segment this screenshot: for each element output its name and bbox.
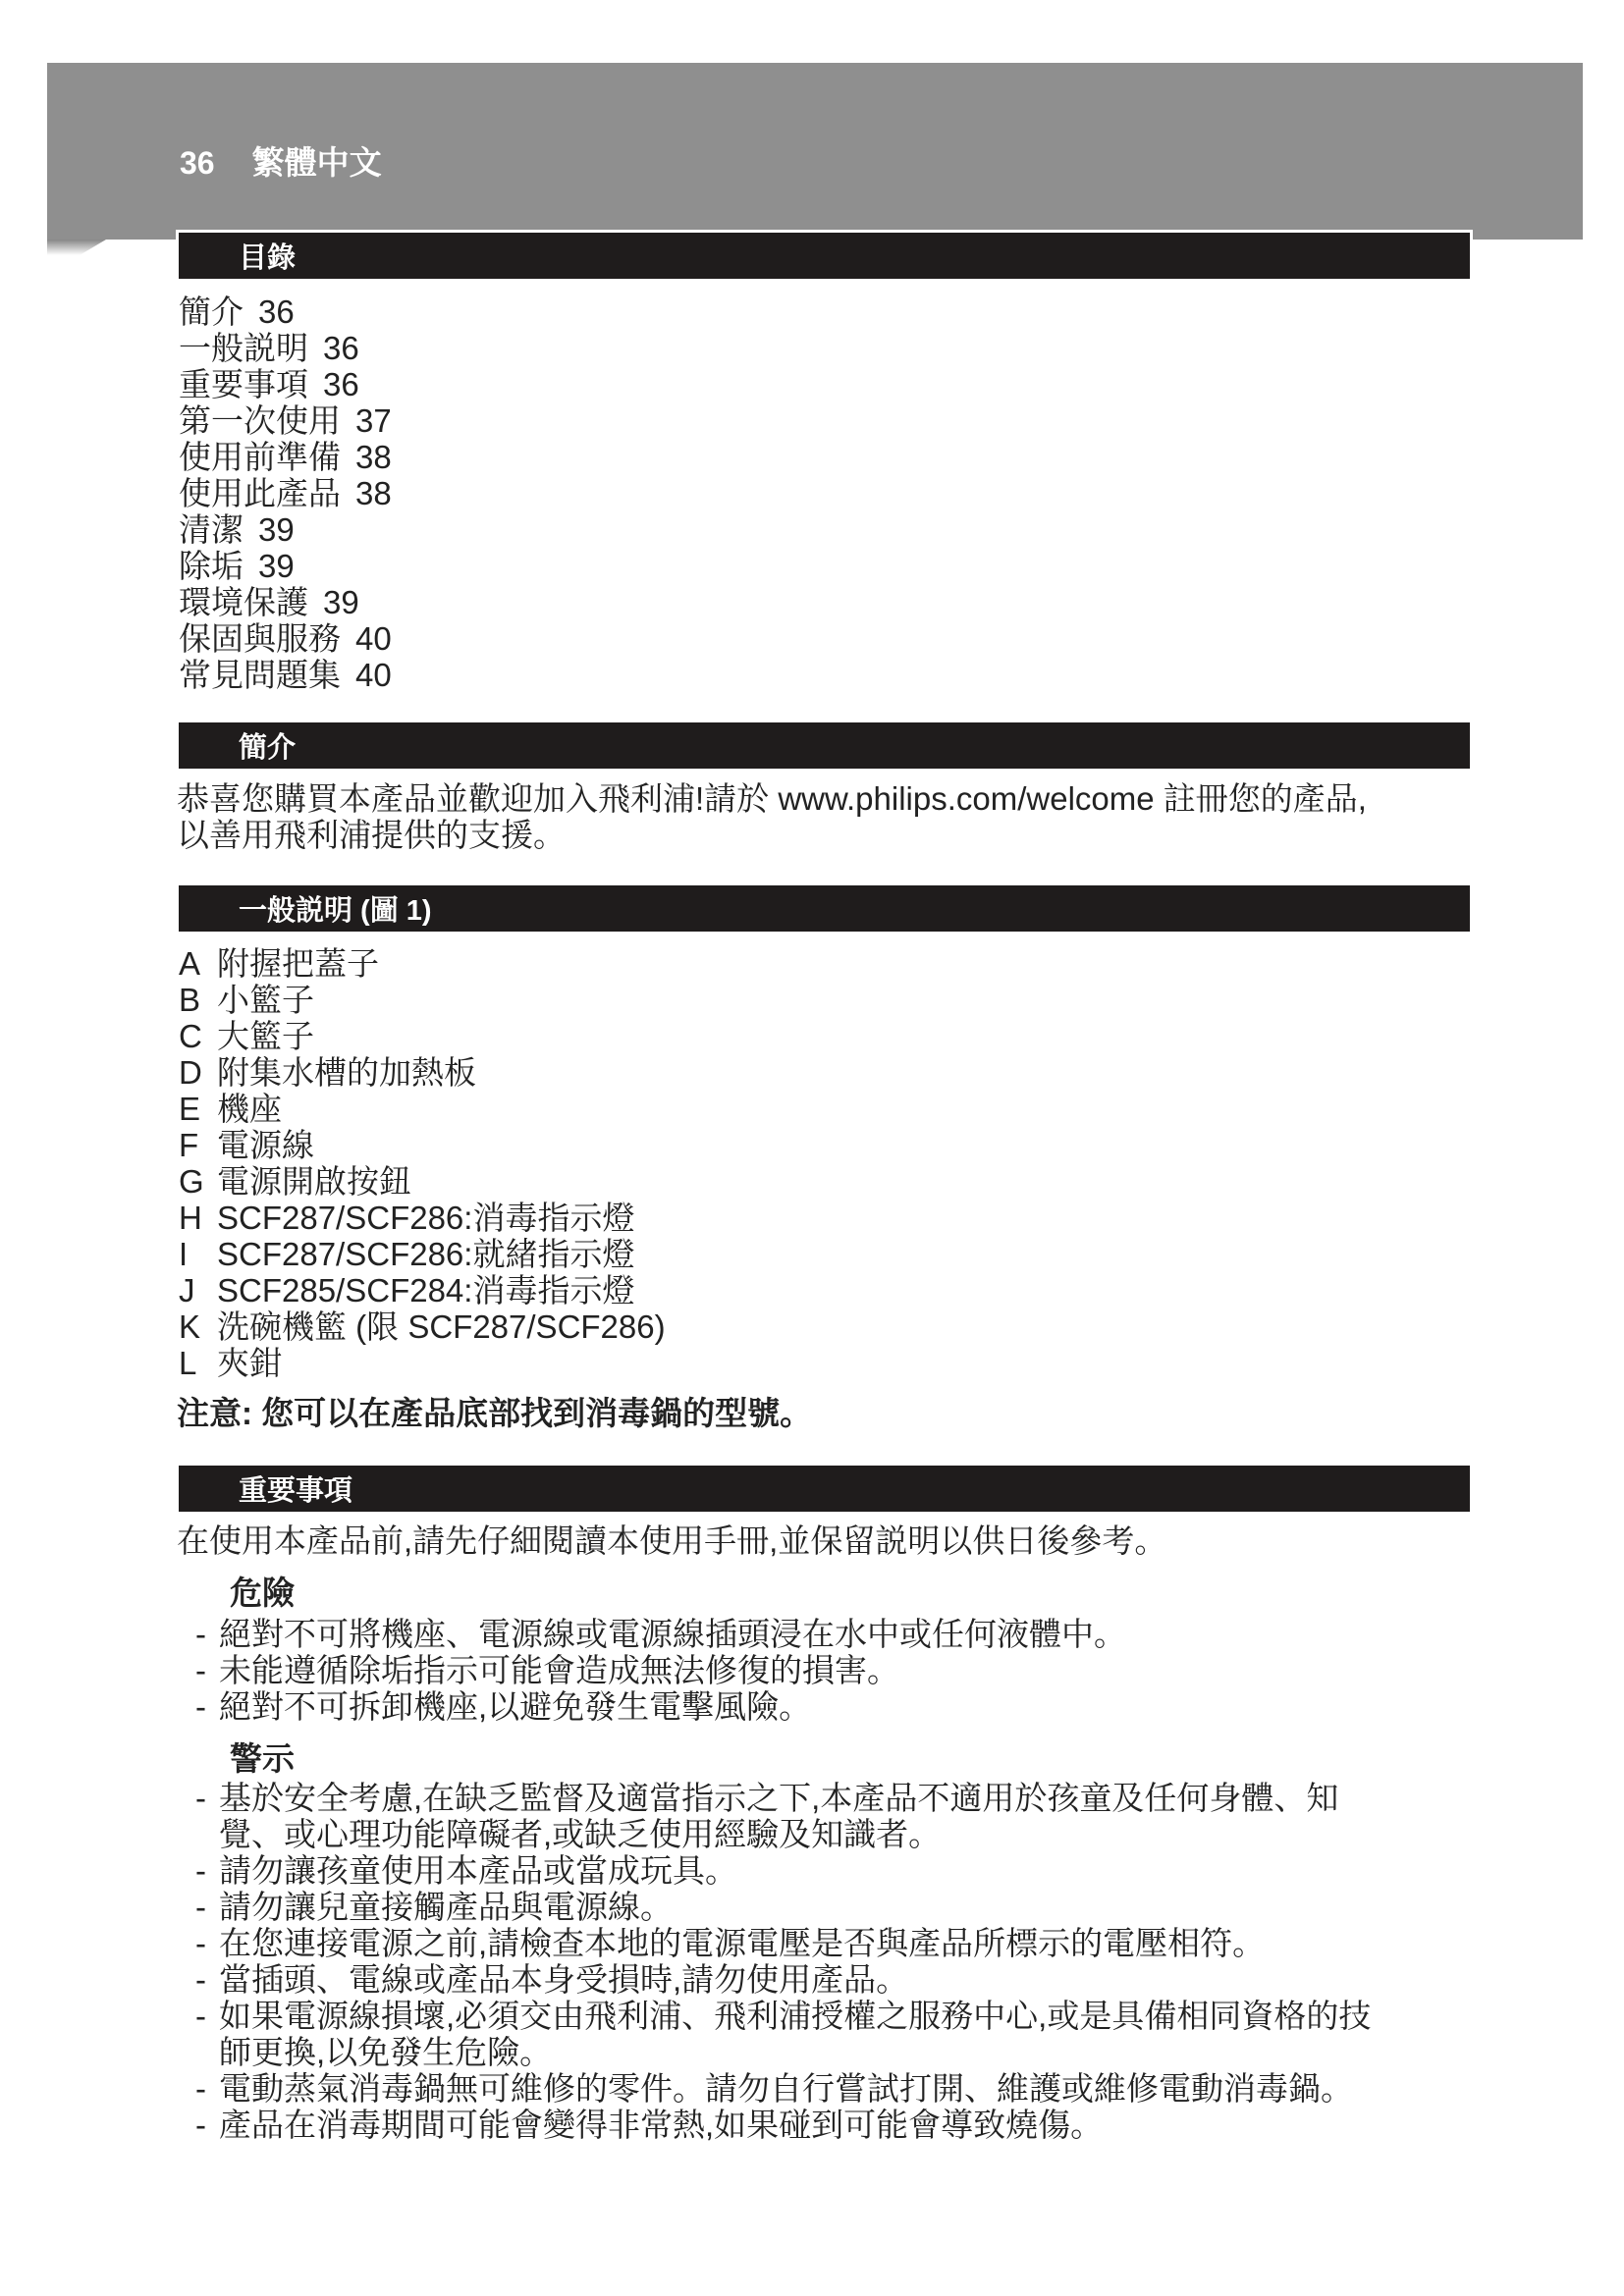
danger-item-text: 未能遵循除垢指示可能會造成無法修復的損害。 (219, 1652, 899, 1688)
toc-item-page: 39 (258, 511, 295, 548)
part-item: K洗碗機籃 (限 SCF287/SCF286) (179, 1308, 666, 1345)
part-key: F (179, 1127, 217, 1163)
danger-item: -絕對不可拆卸機座,以避免發生電擊風險。 (179, 1688, 1494, 1725)
part-item: JSCF285/SCF284:消毒指示燈 (179, 1272, 666, 1308)
toc-item-label: 清潔 (179, 511, 244, 548)
part-key: I (179, 1236, 217, 1272)
warning-heading: 警示 (230, 1740, 295, 1777)
section-bar-introduction: 簡介 (179, 722, 1470, 769)
part-label: 機座 (217, 1091, 282, 1127)
warning-item-text: 在您連接電源之前,請檢查本地的電源電壓是否與產品所標示的電壓相符。 (219, 1925, 1265, 1961)
part-key: J (179, 1272, 217, 1308)
part-label: 附集水槽的加熱板 (217, 1054, 476, 1091)
part-key: H (179, 1200, 217, 1236)
list-dash: - (195, 1998, 206, 2034)
list-dash: - (195, 1688, 206, 1725)
toc-item-label: 常見問題集 (179, 657, 341, 693)
warning-item-text: 當插頭、電線或產品本身受損時,請勿使用產品。 (219, 1961, 908, 1998)
section-bar-general-description: 一般説明 (圖 1) (179, 885, 1470, 932)
toc-item: 簡介36 (179, 294, 392, 330)
part-item: B小籃子 (179, 982, 666, 1018)
toc-item-page: 36 (323, 366, 359, 402)
toc-item-page: 36 (323, 330, 359, 366)
part-label: 電源線 (217, 1127, 314, 1163)
danger-list: -絕對不可將機座、電源線或電源線插頭浸在水中或任何液體中。 -未能遵循除垢指示可… (179, 1616, 1494, 1725)
model-note: 注意: 您可以在產品底部找到消毒鍋的型號。 (177, 1395, 812, 1431)
parts-list: A附握把蓋子 B小籃子 C大籃子 D附集水槽的加熱板 E機座 F電源線 G電源開… (179, 945, 666, 1381)
toc-item-page: 39 (258, 548, 295, 584)
toc-item: 除垢39 (179, 548, 392, 584)
part-item: G電源開啟按鈕 (179, 1163, 666, 1200)
part-label: 大籃子 (217, 1018, 314, 1054)
warning-item-text: 基於安全考慮,在缺乏監督及適當指示之下,本產品不適用於孩童及任何身體、知 覺、或… (219, 1780, 1338, 1852)
part-label: 附握把蓋子 (217, 945, 379, 982)
part-key: C (179, 1018, 217, 1054)
toc-item: 環境保護39 (179, 584, 392, 620)
warning-item: -請勿讓孩童使用本產品或當成玩具。 (179, 1852, 1494, 1889)
part-item: C大籃子 (179, 1018, 666, 1054)
toc-item-page: 40 (355, 657, 392, 693)
toc-item-page: 38 (355, 475, 392, 511)
list-dash: - (195, 2070, 206, 2107)
introduction-paragraph: 恭喜您購買本產品並歡迎加入飛利浦!請於 www.philips.com/welc… (177, 780, 1483, 853)
part-label: 電源開啟按鈕 (217, 1163, 411, 1200)
danger-item-text: 絕對不可將機座、電源線或電源線插頭浸在水中或任何液體中。 (219, 1616, 1126, 1652)
warning-item-text: 如果電源線損壞,必須交由飛利浦、飛利浦授權之服務中心,或是具備相同資格的技 師更… (219, 1998, 1371, 2070)
list-dash: - (195, 1889, 206, 1925)
list-dash: - (195, 1652, 206, 1688)
important-title: 重要事項 (239, 1468, 352, 1509)
manual-page: 36 繁體中文 目錄 簡介36 一般説明36 重要事項36 第一次使用37 使用… (0, 0, 1624, 2296)
part-label: SCF287/SCF286:就緒指示燈 (217, 1236, 634, 1272)
part-key: D (179, 1054, 217, 1091)
toc-title: 目錄 (239, 236, 296, 276)
toc-item-label: 保固與服務 (179, 620, 341, 657)
toc-item: 保固與服務40 (179, 620, 392, 657)
part-label: 洗碗機籃 (限 SCF287/SCF286) (217, 1308, 666, 1345)
warning-item-text: 產品在消毒期間可能會變得非常熱,如果碰到可能會導致燒傷。 (219, 2107, 1103, 2143)
part-key: B (179, 982, 217, 1018)
toc-item-label: 一般説明 (179, 330, 308, 366)
danger-item: -未能遵循除垢指示可能會造成無法修復的損害。 (179, 1652, 1494, 1688)
warning-item: -基於安全考慮,在缺乏監督及適當指示之下,本產品不適用於孩童及任何身體、知 覺、… (179, 1780, 1494, 1852)
toc-item-label: 重要事項 (179, 366, 308, 402)
toc-list: 簡介36 一般説明36 重要事項36 第一次使用37 使用前準備38 使用此產品… (179, 294, 392, 693)
page-header-text: 36 繁體中文 (180, 143, 382, 183)
list-dash: - (195, 1925, 206, 1961)
warning-item: -產品在消毒期間可能會變得非常熱,如果碰到可能會導致燒傷。 (179, 2107, 1494, 2143)
page-language: 繁體中文 (252, 143, 382, 183)
toc-item-page: 39 (323, 584, 359, 620)
list-dash: - (195, 1852, 206, 1889)
part-key: G (179, 1163, 217, 1200)
part-label: SCF285/SCF284:消毒指示燈 (217, 1272, 634, 1308)
warning-item: -在您連接電源之前,請檢查本地的電源電壓是否與產品所標示的電壓相符。 (179, 1925, 1494, 1961)
toc-item-label: 簡介 (179, 294, 244, 330)
danger-item: -絕對不可將機座、電源線或電源線插頭浸在水中或任何液體中。 (179, 1616, 1494, 1652)
toc-item-label: 環境保護 (179, 584, 308, 620)
toc-item: 一般説明36 (179, 330, 392, 366)
list-dash: - (195, 1961, 206, 1998)
toc-item-label: 除垢 (179, 548, 244, 584)
list-dash: - (195, 1616, 206, 1652)
general-description-title: 一般説明 (圖 1) (239, 888, 432, 929)
warning-item-text: 電動蒸氣消毒鍋無可維修的零件。請勿自行嘗試打開、維護或維修電動消毒鍋。 (219, 2070, 1353, 2107)
list-dash: - (195, 1780, 206, 1816)
warning-item: -電動蒸氣消毒鍋無可維修的零件。請勿自行嘗試打開、維護或維修電動消毒鍋。 (179, 2070, 1494, 2107)
part-label: 夾鉗 (217, 1345, 282, 1381)
list-dash: - (195, 2107, 206, 2143)
part-item: D附集水槽的加熱板 (179, 1054, 666, 1091)
section-bar-important: 重要事項 (179, 1466, 1470, 1512)
part-key: L (179, 1345, 217, 1381)
warning-item-text: 請勿讓孩童使用本產品或當成玩具。 (219, 1852, 737, 1889)
introduction-title: 簡介 (239, 725, 296, 766)
warning-item: -請勿讓兒童接觸產品與電源線。 (179, 1889, 1494, 1925)
part-key: K (179, 1308, 217, 1345)
warning-item-text: 請勿讓兒童接觸產品與電源線。 (219, 1889, 673, 1925)
toc-item-page: 36 (258, 294, 295, 330)
toc-item: 清潔39 (179, 511, 392, 548)
toc-item-label: 使用前準備 (179, 439, 341, 475)
page-number: 36 (180, 143, 215, 183)
toc-item-page: 37 (355, 402, 392, 439)
section-bar-toc: 目錄 (179, 233, 1470, 279)
important-intro: 在使用本產品前,請先仔細閱讀本使用手冊,並保留説明以供日後參考。 (177, 1522, 1492, 1559)
warning-item: -當插頭、電線或產品本身受損時,請勿使用產品。 (179, 1961, 1494, 1998)
scan-shadow-artifact (47, 240, 106, 255)
part-item: L夾鉗 (179, 1345, 666, 1381)
toc-item: 重要事項36 (179, 366, 392, 402)
toc-item-label: 使用此產品 (179, 475, 341, 511)
warning-list: -基於安全考慮,在缺乏監督及適當指示之下,本產品不適用於孩童及任何身體、知 覺、… (179, 1780, 1494, 2143)
part-key: A (179, 945, 217, 982)
part-label: 小籃子 (217, 982, 314, 1018)
part-label: SCF287/SCF286:消毒指示燈 (217, 1200, 634, 1236)
toc-item: 使用前準備38 (179, 439, 392, 475)
toc-item-page: 40 (355, 620, 392, 657)
part-item: HSCF287/SCF286:消毒指示燈 (179, 1200, 666, 1236)
toc-item-page: 38 (355, 439, 392, 475)
toc-item: 常見問題集40 (179, 657, 392, 693)
toc-item: 使用此產品38 (179, 475, 392, 511)
warning-item: -如果電源線損壞,必須交由飛利浦、飛利浦授權之服務中心,或是具備相同資格的技 師… (179, 1998, 1494, 2070)
danger-item-text: 絕對不可拆卸機座,以避免發生電擊風險。 (219, 1688, 811, 1725)
part-item: E機座 (179, 1091, 666, 1127)
part-item: A附握把蓋子 (179, 945, 666, 982)
part-item: F電源線 (179, 1127, 666, 1163)
danger-heading: 危險 (230, 1575, 295, 1611)
part-key: E (179, 1091, 217, 1127)
toc-item: 第一次使用37 (179, 402, 392, 439)
toc-item-label: 第一次使用 (179, 402, 341, 439)
part-item: ISCF287/SCF286:就緒指示燈 (179, 1236, 666, 1272)
